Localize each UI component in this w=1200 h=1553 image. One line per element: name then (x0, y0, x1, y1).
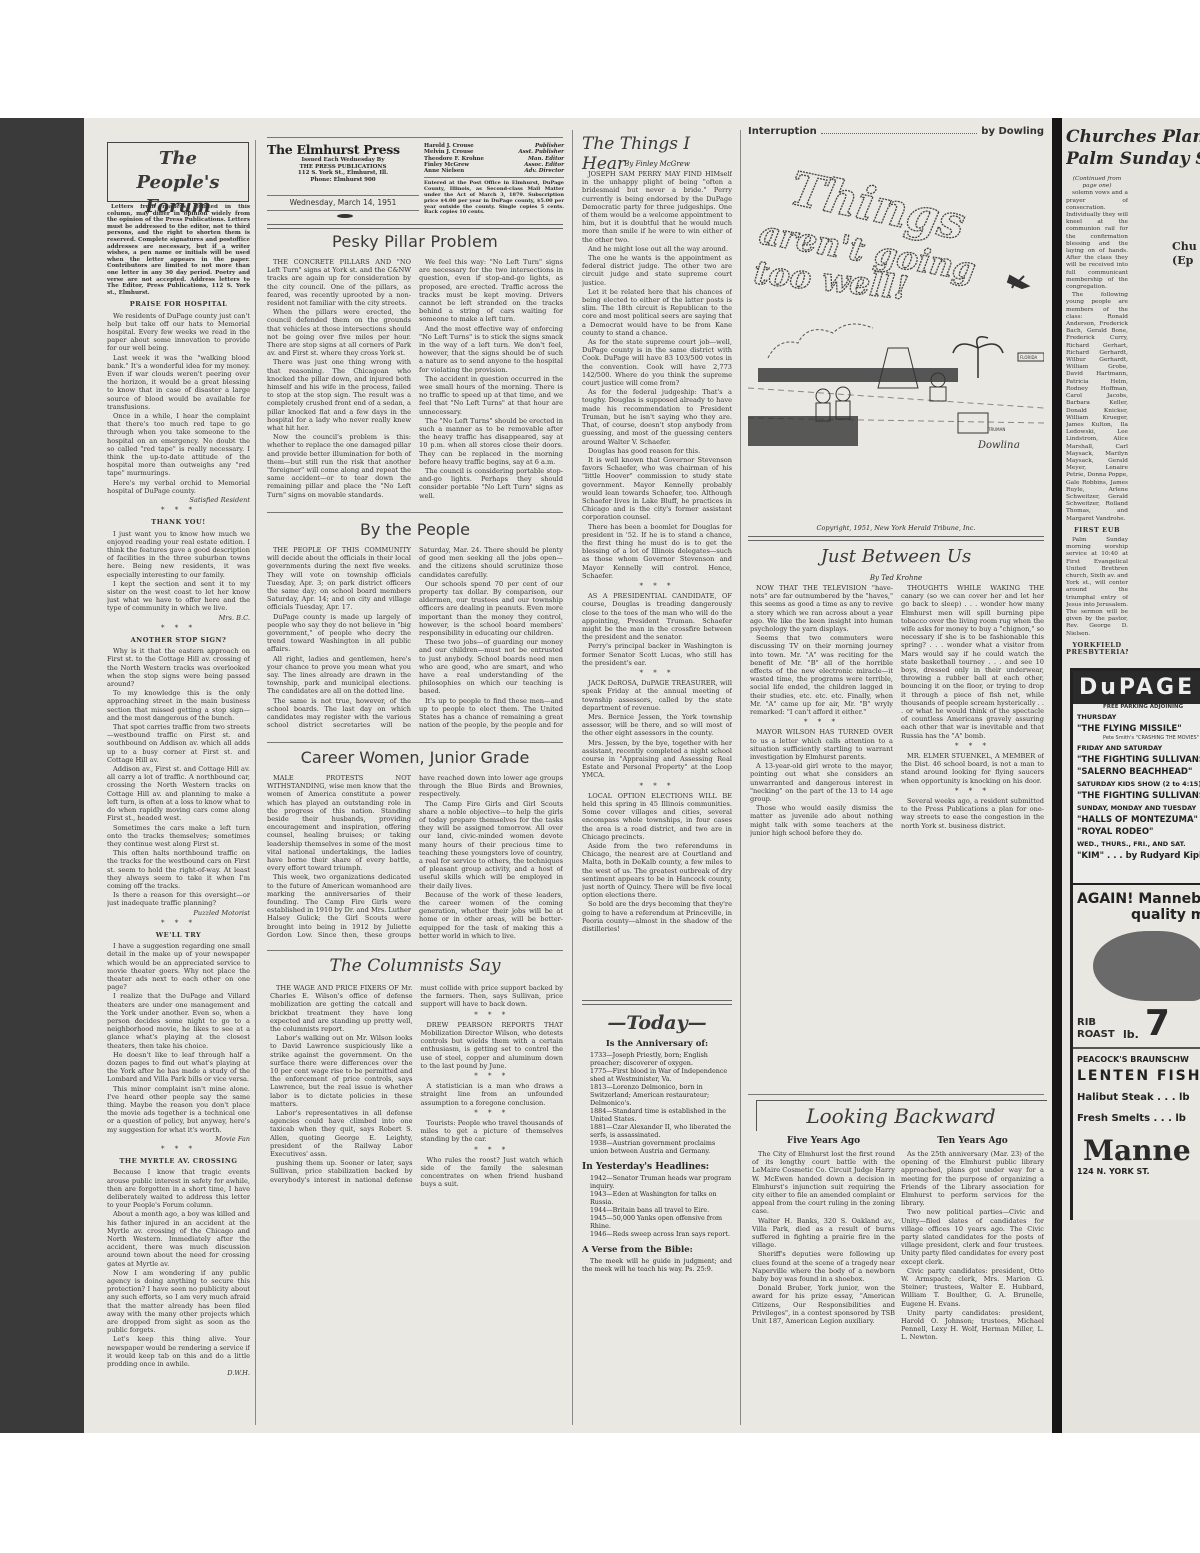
paper-name: The Elmhurst Press (267, 142, 419, 157)
today-box: Is the Anniversary of: 1733—Joseph Pries… (582, 1040, 732, 1273)
headline-text: Reds sweep across Iran says report. (613, 1230, 730, 1238)
staff-role: Adv. Director (525, 168, 565, 174)
ad-address: 124 N. YORK ST. (1073, 1167, 1200, 1176)
masthead: The Elmhurst Press Issued Each Wednesday… (267, 142, 419, 183)
backward-paragraph: Two new political parties—Civic and Unit… (901, 1208, 1044, 1265)
column-paragraph: MAYOR WILSON HAS TURNED OVER to us a let… (750, 728, 893, 761)
separator-stars: * * * (421, 1072, 564, 1080)
section-rule (267, 742, 563, 743)
column-paragraph: Perry's principal backer in Washington i… (582, 642, 732, 667)
looking-backward-title: Looking Backward (756, 1104, 1046, 1128)
editorial-body: THE PEOPLE OF THIS COMMUNITY will decide… (267, 546, 563, 736)
ad-day: SUNDAY, MONDAY AND TUESDAY (1073, 802, 1200, 814)
anniversary-text: Joseph Priestly, born; English preacher;… (590, 1051, 708, 1067)
ad-film: "ROYAL RODEO" (1073, 826, 1200, 838)
letter-paragraph: Why is it that the eastern approach on F… (107, 647, 250, 688)
cartoon-copyright: Copyright, 1951, New York Herald Tribune… (748, 524, 1044, 532)
anniversary-year: 1884 (590, 1107, 606, 1115)
issue-date: Wednesday, March 14, 1951 (267, 198, 419, 207)
column-paragraph: THOUGHTS WHILE WAKING THE canary (so we … (901, 584, 1044, 740)
editorial-paragraph: Our schools spend 70 per cent of our pro… (419, 580, 563, 637)
headline-text: Britain bans all travel to Eire. (613, 1206, 710, 1214)
cartoon-drawing-icon: Things aren't going too well! FLORIDA TR… (748, 148, 1044, 448)
anniversary-item: 1938—Austrian government proclaims union… (582, 1139, 732, 1155)
column-paragraph: AS A PRESIDENTIAL CANDIDATE, OF course, … (582, 592, 732, 641)
headline-item: 1942—Senator Truman heads war program in… (582, 1174, 732, 1190)
letter-signature: Movie Fan (107, 1135, 250, 1143)
verse-heading: A Verse from the Bible: (582, 1246, 732, 1254)
church-subhead: FIRST EUB (1066, 527, 1128, 534)
backward-paragraph: The City of Elmhurst lost the first roun… (752, 1150, 895, 1216)
anniversary-heading: Is the Anniversary of: (582, 1040, 732, 1048)
headline-text: 50,000 Yanks open offensive from Rhine. (590, 1214, 722, 1230)
letter-paragraph: That spot carries traffic from two stree… (107, 723, 250, 764)
letter-heading: WE'LL TRY (107, 931, 250, 939)
cartoon-sign: FLORIDA (1020, 355, 1038, 360)
column-title: The Things I Hear (582, 134, 732, 174)
backward-paragraph: Donald Bruber, York junior, won the awar… (752, 1284, 895, 1325)
cartoon-author: by Dowling (981, 126, 1044, 137)
column-paragraph: JOSEPH SAM PERRY MAY FIND HIMself in the… (582, 170, 732, 244)
masthead-staff: Harold J. CrousePublisher Melvin J. Crou… (424, 143, 564, 216)
separator-stars: * * * (901, 787, 1044, 795)
editorial-paragraph: We feel this way: "No Left Turn" signs a… (419, 258, 563, 324)
column-paragraph: LOCAL OPTION ELECTIONS WILL BE held this… (582, 792, 732, 841)
editorial-paragraph: All right, ladies and gentlemen, here's … (267, 655, 411, 696)
ten-years-heading: Ten Years Ago (901, 1136, 1044, 1146)
editorial-paragraph: Now the council's problem is this: wheth… (267, 433, 411, 499)
column-paragraph: And he might lose out all the way around… (582, 245, 732, 253)
letter-paragraph: I just want you to know how much we enjo… (107, 530, 250, 579)
column-paragraph: As for the state supreme court job—well,… (582, 338, 732, 387)
editorial-paragraph: THE WAGE AND PRICE FIXERS OF Mr. Charles… (270, 984, 413, 1033)
ad-day: WED., THURS., FRI., AND SAT. (1073, 838, 1200, 850)
letter-heading: THE MYRTLE AV. CROSSING (107, 1157, 250, 1165)
cartoon-signature: Dowling (977, 440, 1020, 448)
column-paragraph: The one he wants is the appointment as f… (582, 254, 732, 287)
just-between-us-left: NOW THAT THE TELEVISION "have-nots" are … (750, 584, 893, 1084)
column-paragraph: As for the federal judgeship: That's a t… (582, 388, 732, 445)
anniversary-item: 1884—Standard time is established in the… (582, 1107, 732, 1123)
section-rule (748, 1094, 1044, 1095)
today-title: —Today— (582, 1012, 732, 1034)
anniversary-year: 1733 (590, 1051, 606, 1059)
separator-stars: * * * (582, 782, 732, 790)
editorial-paragraph: And the most effective way of enforcing … (419, 325, 563, 374)
editorial-body: THE WAGE AND PRICE FIXERS OF Mr. Charles… (270, 984, 563, 1424)
letter-paragraph: This often halts northbound traffic on t… (107, 849, 250, 890)
headline-year: 1944 (590, 1206, 606, 1214)
ad-film: "HALLS OF MONTEZUMA" (1073, 814, 1200, 826)
ad-subheadline: quality m (1073, 907, 1200, 923)
column-byline: By Ted Krohne (748, 574, 1044, 582)
ad-day: FRIDAY AND SATURDAY (1073, 742, 1200, 754)
entry-notice: Entered at the Post Office in Elmhurst, … (424, 177, 564, 216)
column-paragraph: MR. ELMER STUENKEL, A MEMBER of the Dist… (901, 752, 1044, 785)
editorial-paragraph: There was just one thing wrong with that… (267, 358, 411, 432)
ad-subtitle: FREE PARKING ADJOINING (1073, 704, 1200, 711)
letter-paragraph: I realize that the DuPage and Villard th… (107, 992, 250, 1049)
peoples-forum-title-box: The People's Forum (107, 142, 249, 202)
headline-year: 1942 (590, 1174, 606, 1182)
separator-stars: * * * (107, 506, 250, 514)
anniversary-item: 1775—First blood in War of Independence … (582, 1067, 732, 1083)
ad-line: LENTEN FISH S (1073, 1068, 1200, 1084)
backward-paragraph: Sheriff's deputies were following up clu… (752, 1250, 895, 1283)
editorial-cartoon: Things aren't going too well! FLORIDA TR… (748, 148, 1044, 448)
backward-paragraph: Unity party candidates: president, Harol… (901, 1309, 1044, 1342)
dupage-theater-ad: DuPAGE FREE PARKING ADJOINING THURSDAY "… (1070, 668, 1200, 886)
letter-signature: Mrs. B.C. (107, 614, 250, 622)
column-paragraph: Let it be related here that his chances … (582, 288, 732, 337)
ad-item: Halibut Steak . . . lb (1073, 1092, 1200, 1103)
editorial-paragraph: The Camp Fire Girls and Girl Scouts shar… (419, 800, 563, 890)
column-paragraph: Mrs. Bernice Jessen, the York township a… (582, 713, 732, 738)
letter-paragraph: Now I am wondering if any public agency … (107, 1269, 250, 1335)
headline-item: 1946—Reds sweep across Iran says report. (582, 1230, 732, 1238)
ad-film: "KIM" . . . by Rudyard Kipling. (1073, 850, 1200, 862)
ad-item: Fresh Smelts . . . lb (1073, 1113, 1200, 1124)
things-i-hear-body: JOSEPH SAM PERRY MAY FIND HIMself in the… (582, 170, 732, 982)
headline-item: 1943—Eden at Washington for talks on Rus… (582, 1190, 732, 1206)
column-paragraph: NOW THAT THE TELEVISION "have-nots" are … (750, 584, 893, 633)
editorial-paragraph: THE CONCRETE PILLARS AND "NO Left Turn" … (267, 258, 411, 307)
editorial-paragraph: The accident in question occurred in the… (419, 375, 563, 416)
editorial-paragraph: Tourists: People who travel thousands of… (421, 1119, 564, 1144)
editorial-title: Career Women, Junior Grade (267, 748, 563, 767)
date-rule-bottom (267, 210, 419, 211)
staff-row: Anne NielsenAdv. Director (424, 168, 564, 174)
verse-text: The meek will he guide in judgment; and … (582, 1257, 732, 1273)
separator-stars: * * * (582, 582, 732, 590)
separator-stars: * * * (750, 718, 893, 726)
ten-years-body: As the 25th anniversary (Mar. 23) of the… (901, 1150, 1044, 1422)
letter-paragraph: Addison av., First st. and Cottage Hill … (107, 765, 250, 822)
editorial-paragraph: DREW PEARSON REPORTS THAT Mobilization D… (421, 1021, 564, 1070)
editorial-paragraph: When the pillars were erected, the counc… (267, 308, 411, 357)
editorial-title: The Columnists Say (267, 956, 563, 976)
headlines-heading: In Yesterday's Headlines: (582, 1163, 732, 1171)
headline-text: Eden at Washington for talks on Russia. (590, 1190, 717, 1206)
churches-title-line1: Churches Plan (1066, 126, 1200, 148)
letter-paragraph: Last week it was the "walking blood bank… (107, 354, 250, 411)
church-paragraph: The following young people are members o… (1066, 292, 1128, 523)
ad-film: "SALERNO BEACHHEAD" (1073, 766, 1200, 778)
anniversary-year: 1813 (590, 1083, 606, 1091)
editorial-paragraph: Labor's walking out on Mr. Wilson looks … (270, 1034, 413, 1108)
cartoon-label: TRUMAN (987, 427, 1005, 432)
letter-paragraph: Sometimes the cars make a left turn onto… (107, 824, 250, 849)
headline-year: 1943 (590, 1190, 606, 1198)
separator-stars: * * * (901, 742, 1044, 750)
editorial-paragraph: The council is considering portable stop… (419, 467, 563, 500)
letter-heading: THANK YOU! (107, 518, 250, 526)
ad-day: THURSDAY (1073, 711, 1200, 723)
headline-item: 1944—Britain bans all travel to Eire. (582, 1206, 732, 1214)
ad-film: "THE FLYING MISSILE" (1073, 723, 1200, 735)
letter-paragraph: Is there a reason for this oversight—or … (107, 891, 250, 907)
headline-year: 1945 (590, 1214, 606, 1222)
column-paragraph: It is well known that Governor Stevenson… (582, 456, 732, 522)
ad-unit: lb. (1123, 1028, 1139, 1041)
ad-film: "THE FIGHTING SULLIVANS" (1073, 790, 1200, 802)
anniversary-text: Czar Alexander II, who liberated the ser… (590, 1123, 731, 1139)
churches-side-heading: Chu (Ep (1172, 240, 1200, 268)
cartoon-series-title: Interruption (748, 126, 817, 137)
anniversary-text: Standard time is established in the Unit… (590, 1107, 726, 1123)
editorial-paragraph: These two jobs—of guarding our money and… (419, 638, 563, 695)
churches-headline: Churches Plan Palm Sunday S (1066, 126, 1200, 170)
letter-paragraph: I have a suggestion regarding one small … (107, 942, 250, 991)
editorial-paragraph: A statistician is a man who draws a stra… (421, 1082, 564, 1107)
ad-note: Pete Smith's "CRASHING THE MOVIES" (1073, 735, 1200, 742)
peoples-forum-column: Letters from readers, printed in this co… (107, 204, 250, 1424)
anniversary-item: 1813—Lorenzo Delmonico, born in Switzerl… (582, 1083, 732, 1107)
masthead-phone: Phone: Elmhurst 900 (267, 177, 419, 184)
column-paragraph: JACK DeROSA, DuPAGE TREASURER, will spea… (582, 679, 732, 712)
ad-film: "THE FIGHTING SULLIVANS" (1073, 754, 1200, 766)
editorial-paragraph: Because of the work of these leaders, th… (419, 891, 563, 940)
meat-icon (1093, 931, 1200, 1001)
separator-stars: * * * (421, 1011, 564, 1019)
letter-signature: Satisfied Resident (107, 496, 250, 504)
editorial-paragraph: DuPage county is made up largely of peop… (267, 613, 411, 654)
column-rule (255, 140, 256, 1425)
editorial-title: By the People (267, 520, 563, 539)
letter-paragraph: He doesn't like to leaf through half a d… (107, 1051, 250, 1084)
anniversary-year: 1881 (590, 1123, 606, 1131)
editorial-body: THE CONCRETE PILLARS AND "NO Left Turn" … (267, 258, 563, 506)
ad-title: DuPAGE (1073, 671, 1200, 704)
headline-text: Senator Truman heads war program inquiry… (590, 1174, 731, 1190)
churches-body: (Continued from page one) solemn vows an… (1066, 176, 1128, 656)
five-years-body: The City of Elmhurst lost the first roun… (752, 1150, 895, 1422)
column-paragraph: Those who would easily dismiss the matte… (750, 804, 893, 837)
ad-item: RIB ROAST (1077, 1017, 1117, 1041)
editorial-paragraph: Who rules the roost? Just watch which si… (421, 1156, 564, 1189)
masthead-top-rule (267, 137, 563, 138)
anniversary-text: Austrian government proclaims union betw… (590, 1139, 715, 1155)
section-rule (267, 950, 563, 951)
separator-stars: * * * (582, 669, 732, 677)
column-title: Just Between Us (748, 546, 1044, 567)
ad-store-name: Manne (1073, 1134, 1200, 1167)
backward-paragraph: Walter H. Banks, 320 S. Oakland av., Vil… (752, 1217, 895, 1250)
staff-name: Anne Nielsen (424, 168, 464, 174)
church-paragraph: Palm Sunday morning worship service at 1… (1066, 537, 1128, 638)
backward-paragraph: As the 25th anniversary (Mar. 23) of the… (901, 1150, 1044, 1207)
editorial-body: MALE PROTESTS NOT WITHSTANDING, wise men… (267, 774, 563, 944)
letter-signature: D.W.H. (107, 1369, 250, 1377)
letter-paragraph: Let's keep this thing alive. Your newspa… (107, 1335, 250, 1368)
anniversary-year: 1775 (590, 1067, 606, 1075)
date-rule-top (267, 195, 419, 196)
letter-paragraph: Once in a while, I hear the complaint th… (107, 412, 250, 478)
letter-paragraph: To my knowledge this is the only approac… (107, 689, 250, 722)
editorial-title: Pesky Pillar Problem (267, 232, 563, 251)
section-rule (748, 536, 1044, 541)
churches-title-line2: Palm Sunday S (1066, 148, 1200, 170)
forum-intro: Letters from readers, printed in this co… (107, 204, 250, 296)
column-paragraph: Several weeks ago, a resident submitted … (901, 797, 1044, 830)
letter-heading: PRAISE FOR HOSPITAL (107, 300, 250, 308)
letter-paragraph: I kept the section and sent it to my sis… (107, 580, 250, 613)
ad-headline: AGAIN! Mannebach (1073, 891, 1200, 907)
ad-price: 7 (1145, 1007, 1170, 1041)
anniversary-year: 1938 (590, 1139, 606, 1147)
anniversary-item: 1733—Joseph Priestly, born; English prea… (582, 1051, 732, 1067)
letter-signature: Puzzled Motorist (107, 909, 250, 917)
editorial-paragraph: Labor's representatives in all defense a… (270, 1109, 413, 1158)
section-rule (267, 512, 563, 513)
section-rule (582, 1000, 732, 1005)
separator-stars: * * * (421, 1146, 564, 1154)
column-paragraph: Seems that two commuters were discussing… (750, 634, 893, 716)
column-paragraph: Mrs. Jessen, by the bye, together with h… (582, 739, 732, 780)
continued-note: (Continued from page one) (1066, 176, 1128, 190)
anniversary-text: Lorenzo Delmonico, born in Switzerland; … (590, 1083, 709, 1107)
column-paragraph: There has been a boomlet for Douglas for… (582, 523, 732, 580)
editorial-paragraph: The "No Left Turns" should be erected in… (419, 417, 563, 466)
editorial-paragraph: MALE PROTESTS NOT WITHSTANDING, wise men… (267, 774, 411, 872)
separator-stars: * * * (421, 1109, 564, 1117)
column-rule (572, 130, 573, 1425)
five-years-heading: Five Years Ago (752, 1136, 895, 1146)
masthead-bottom-rule (267, 224, 563, 229)
column-byline: By Finley McGrew (582, 160, 732, 168)
ad-line: PEACOCK'S BRAUNSCHW (1073, 1055, 1200, 1064)
column-paragraph: So bold are the drys becoming that they'… (582, 900, 732, 933)
column-paragraph: A 13-year-old girl wrote to the mayor, p… (750, 762, 893, 803)
cartoon-header: Interruption by Dowling (748, 126, 1044, 137)
mannebach-grocery-ad: AGAIN! Mannebach quality m RIB ROAST lb.… (1070, 885, 1200, 1220)
letter-paragraph: About a month ago, a boy was killed and … (107, 1210, 250, 1267)
backward-paragraph: Civic party candidates: president, Otto … (901, 1267, 1044, 1308)
column-paragraph: Aside from the two referendums in Chicag… (582, 842, 732, 899)
rib-roast-box: RIB ROAST lb. 7 (1073, 1001, 1200, 1049)
just-between-us-right: THOUGHTS WHILE WAKING THE canary (so we … (901, 584, 1044, 1084)
anniversary-text: First blood in War of Independence shed … (590, 1067, 727, 1083)
church-paragraph: solemn vows and a prayer of consecration… (1066, 190, 1128, 291)
anniversary-item: 1881—Czar Alexander II, who liberated th… (582, 1123, 732, 1139)
letter-heading: ANOTHER STOP SIGN? (107, 636, 250, 644)
church-subhead: YORKFIELD PRESBYTERIAN (1066, 642, 1128, 656)
editorial-paragraph: THE PEOPLE OF THIS COMMUNITY will decide… (267, 546, 411, 612)
ad-day: SATURDAY KIDS SHOW (2 to 4:15) (1073, 778, 1200, 790)
headline-year: 1946 (590, 1230, 606, 1238)
letter-paragraph: We residents of DuPage county just can't… (107, 312, 250, 353)
separator-stars: * * * (107, 624, 250, 632)
column-paragraph: Douglas has good reason for this. (582, 447, 732, 455)
letter-paragraph: This minor complaint isn't mine alone. I… (107, 1085, 250, 1134)
ornament-icon (337, 214, 353, 218)
headline-item: 1945—50,000 Yanks open offensive from Rh… (582, 1214, 732, 1230)
separator-stars: * * * (107, 919, 250, 927)
letter-paragraph: Here's my verbal orchid to Memorial hosp… (107, 479, 250, 495)
letter-paragraph: Because I know that tragic events arouse… (107, 1168, 250, 1209)
separator-stars: * * * (107, 1145, 250, 1153)
column-rule (740, 130, 741, 1425)
